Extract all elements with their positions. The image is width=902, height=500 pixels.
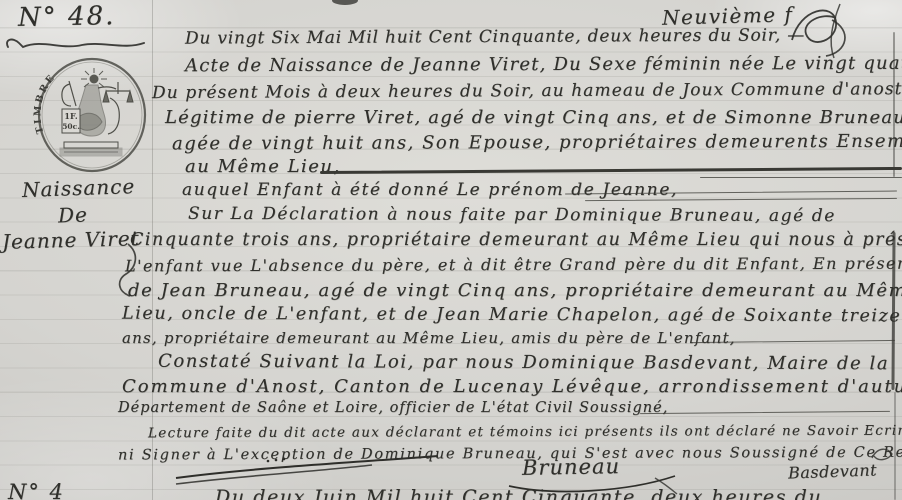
next-act-number: N° 4: [8, 480, 65, 500]
revenue-stamp: TIMBRE 1F. 50c.: [34, 54, 150, 176]
act-number: N° 48.: [18, 1, 116, 33]
signature-basdevant: Basdevant: [788, 460, 878, 482]
act-line: Lecture faite du dit acte aux déclarant …: [148, 423, 902, 442]
act-line: de Jean Bruneau, agé de vingt Cinq ans, …: [128, 280, 902, 301]
fill-rule: [700, 177, 902, 178]
act-line: Commune d'Anost, Canton de Lucenay Lévêq…: [122, 376, 902, 397]
act-line: L'enfant vue L'absence du père, et à dit…: [125, 254, 902, 276]
stamp-label: TIMBRE: [32, 72, 58, 135]
ink-smudge: [332, 0, 358, 5]
next-act-first-line: Du deux Juin Mil huit Cent Cinquante, de…: [215, 486, 822, 500]
act-line: Cinquante trois ans, propriétaire demeur…: [130, 230, 902, 250]
act-line: Département de Saône et Loire, officier …: [118, 400, 668, 416]
act-number-underline-flourish: [2, 34, 150, 54]
closing-flourish-icon: [170, 448, 450, 486]
fill-rule: [640, 411, 890, 414]
act-line: agée de vingt huit ans, Son Epouse, prop…: [172, 131, 902, 155]
register-page: N° 48. Neuvième f TIMBRE: [0, 0, 902, 500]
line-end-paraph-icon: [868, 444, 898, 464]
act-line: auquel Enfant à été donné Le prénom de J…: [182, 180, 678, 200]
act-line: Constaté Suivant la Loi, par nous Domini…: [158, 351, 889, 375]
act-line: ans, propriétaire demeurant au Même Lieu…: [122, 329, 736, 347]
stamp-value-franc: 1F.: [64, 111, 77, 121]
act-line: Du présent Mois à deux heures du Soir, a…: [152, 79, 902, 103]
margin-title-naissance: Naissance: [22, 174, 136, 202]
act-line: Légitime de pierre Viret, agé de vingt C…: [165, 107, 902, 128]
act-line: Lieu, oncle de L'enfant, et de Jean Mari…: [122, 304, 901, 327]
act-line: au Même Lieu,: [185, 156, 341, 177]
stamp-value-cent: 50c.: [62, 122, 80, 131]
act-line: Sur La Déclaration à nous faite par Domi…: [188, 204, 836, 226]
act-line: Acte de Naissance de Jeanne Viret, Du Se…: [185, 53, 902, 77]
act-line: Du vingt Six Mai Mil huit Cent Cinquante…: [185, 25, 805, 48]
margin-title-de: De: [58, 202, 89, 227]
fill-rule: [320, 167, 902, 174]
